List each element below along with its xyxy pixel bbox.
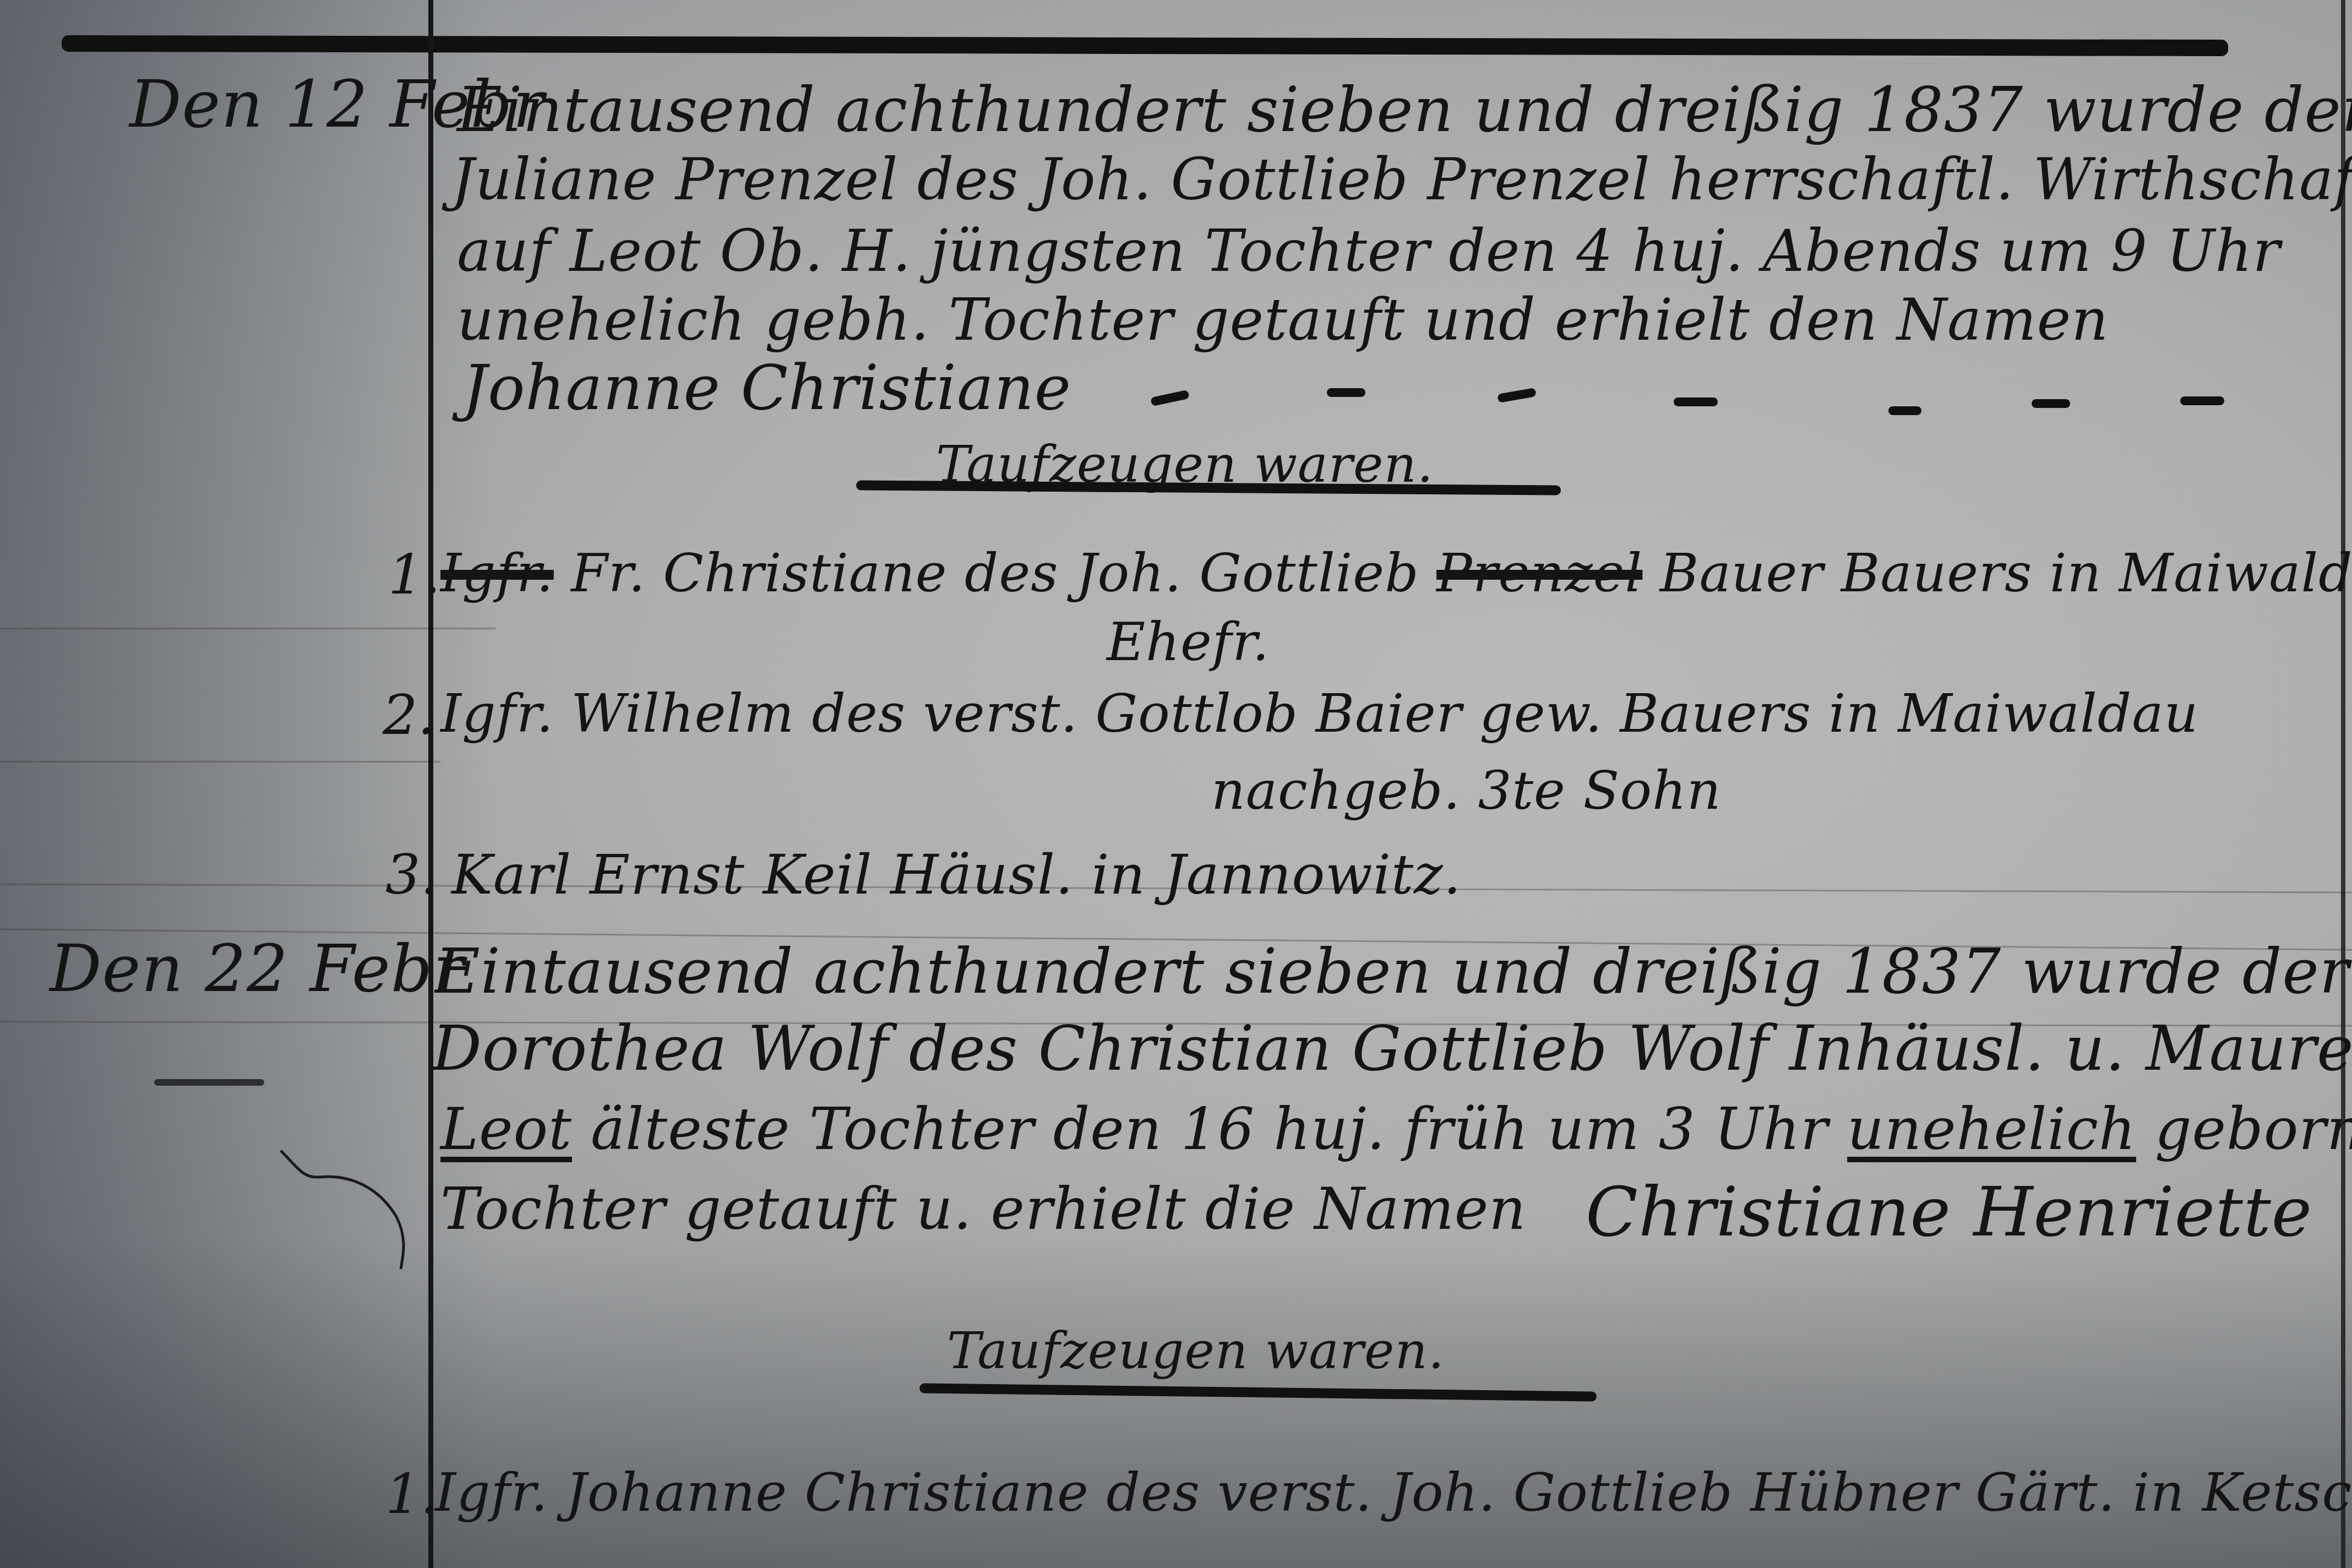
witness-continuation: Ehefr. xyxy=(1107,611,1270,673)
entry-line: Juliane Prenzel des Joh. Gottlieb Prenze… xyxy=(451,146,2352,213)
ruled-line xyxy=(0,761,440,763)
entry-date: Den 22 Febr xyxy=(50,930,465,1006)
entry-line: Eintausend achthundert sieben und dreißi… xyxy=(435,936,2352,1008)
struck-word: Prenzel xyxy=(1436,542,1642,604)
filler-dash xyxy=(2032,399,2070,408)
entry-line: Dorothea Wolf des Christian Gottlieb Wol… xyxy=(432,1013,2352,1085)
entry-line: unehelich gebh. Tochter getauft und erhi… xyxy=(457,286,2109,353)
filler-dash xyxy=(1327,388,1365,397)
witness-line: Igfr. Wilhelm des verst. Gottlob Baier g… xyxy=(440,683,2198,744)
underlined-place: Leot xyxy=(440,1096,572,1163)
witness-line: Igfr. Fr. Christiane des Joh. Gottlieb P… xyxy=(440,542,2352,604)
witness-number: 1. xyxy=(388,542,440,607)
right-page-edge xyxy=(2341,0,2345,1568)
entry-line: Eintausend achthundert sieben und dreißi… xyxy=(457,74,2352,146)
entry-line: Leot älteste Tochter den 16 huj. früh um… xyxy=(440,1096,2352,1163)
child-name: Christiane Henriette xyxy=(1586,1173,2312,1252)
witness-number: 3. xyxy=(385,842,438,907)
witness-line: Karl Ernst Keil Häusl. in Jannowitz. xyxy=(451,842,1462,907)
underlined-word: unehelich xyxy=(1847,1096,2136,1163)
struck-word: Igfr. xyxy=(440,542,554,604)
margin-dash xyxy=(154,1079,264,1086)
entry-line: auf Leot Ob. H. jüngsten Tochter den 4 h… xyxy=(457,217,2280,285)
witness-heading: Taufzeugen waren. xyxy=(947,1321,1445,1380)
filler-dash xyxy=(1888,406,1921,415)
witness-continuation: nachgeb. 3te Sohn xyxy=(1211,760,1722,821)
margin-column-line xyxy=(428,0,433,1568)
filler-dash xyxy=(1674,398,1718,406)
witness-line: Igfr. Johanne Christiane des verst. Joh.… xyxy=(435,1462,2352,1523)
witness-number: 1. xyxy=(385,1462,438,1526)
witness-number: 2. xyxy=(383,683,435,747)
child-name: Johanne Christiane xyxy=(462,352,1071,424)
margin-squiggle xyxy=(275,1145,418,1277)
filler-dash xyxy=(2180,396,2224,405)
entry-line: Tochter getauft u. erhielt die Namen xyxy=(440,1175,1526,1243)
ruled-line xyxy=(0,628,496,629)
